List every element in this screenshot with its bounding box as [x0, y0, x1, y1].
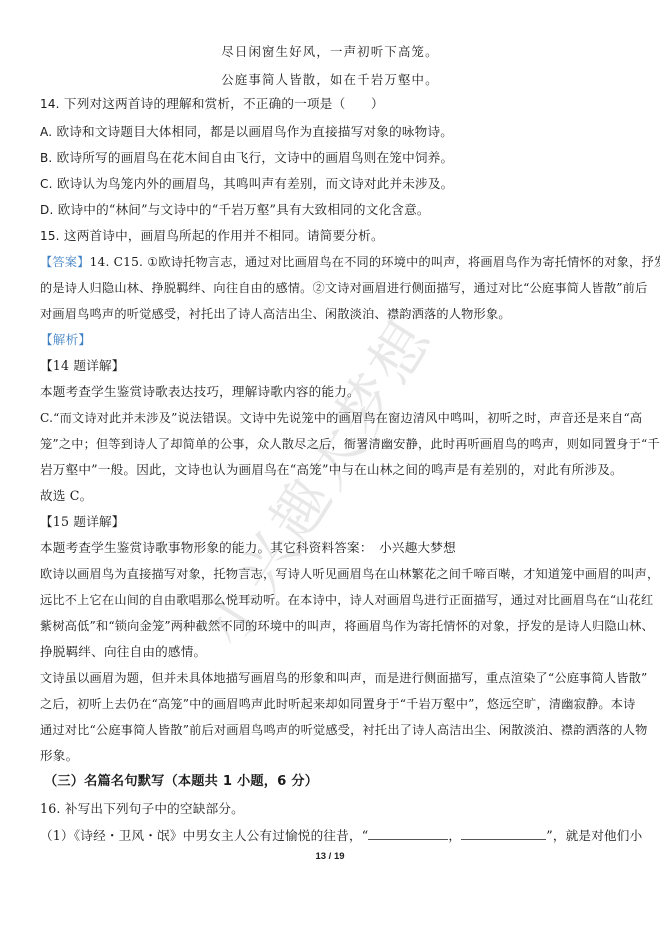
option-key: C.: [40, 177, 53, 191]
item-prefix: （1）《诗经・卫风・氓》中男女主人公有过愉悦的往昔，“: [40, 828, 368, 843]
answer-line-2: 的是诗人归隐山林、挣脱羁绊、向往自由的感情。②文诗对画眉进行侧面描写，通过对比“…: [40, 280, 630, 296]
q15-detail-line: 通过对比“公庭事简人皆散”前后对画眉鸟鸣声的听觉感受，衬托出了诗人高洁出尘、闲散…: [40, 722, 630, 738]
option-text: 欧诗中的“林间”与文诗中的“千岩万壑”具有大致相同的文化含意。: [58, 202, 430, 217]
page-number: 13 / 19: [0, 851, 660, 862]
q14-detail-line: 岩万壑中”一般。因此，文诗也认为画眉鸟在“高笼”中与在山林之间的鸣声是有差别的，…: [40, 462, 630, 478]
question-stem: 下列对这两首诗的理解和赏析，不正确的一项是（ ）: [64, 96, 384, 111]
question-stem: 这两首诗中，画眉鸟所起的作用并不相同。请简要分析。: [64, 228, 384, 243]
poem-line-1: 尽日闲窗生好风，一声初听下高笼。: [0, 44, 660, 60]
question-16: 16. 补写出下列句子中的空缺部分。: [40, 801, 630, 817]
q14-detail-line: C.“而文诗对此并未涉及”说法错误。文诗中先说笼中的画眉鸟在窗边清风中鸣叫，初听…: [40, 410, 630, 426]
q14-detail-line: 笼”之中；但等到诗人了却简单的公事，众人散尽之后，衙署清幽安静，此时再听画眉鸟的…: [40, 436, 630, 452]
option-text: 欧诗所写的画眉鸟在花木间自由飞行，文诗中的画眉鸟则在笼中饲养。: [57, 150, 454, 165]
answer-line-1: 【答案】14. C15. ①欧诗托物言志，通过对比画眉鸟在不同的环境中的叫声，将…: [40, 254, 630, 270]
q14-detail-heading: 【14 题详解】: [40, 358, 630, 374]
q15-detail-line: 紫树高低”和“锁向金笼”两种截然不同的环境中的叫声，将画眉鸟作为寄托情怀的对象，…: [40, 618, 630, 634]
document-page: 小兴趣大梦想 尽日闲窗生好风，一声初听下高笼。 公庭事简人皆散，如在千岩万壑中。…: [0, 0, 660, 933]
item-suffix: ”，就是对他们小: [546, 828, 642, 843]
section-heading: （三）名篇名句默写（本题共 1 小题，6 分）: [44, 774, 634, 790]
blank-1[interactable]: [368, 827, 448, 840]
option-text: 欧诗和文诗题目大体相同，都是以画眉鸟作为直接描写对象的咏物诗。: [56, 124, 453, 139]
q15-detail-line: 之后，初听上去仍在“高笼”中的画眉鸣声此时听起来却如同置身于“千岩万壑中”，悠远…: [40, 696, 630, 712]
q16-item-1: （1）《诗经・卫风・氓》中男女主人公有过愉悦的往昔，“，”，就是对他们小: [40, 827, 630, 844]
option-key: B.: [40, 151, 52, 165]
question-number: 14.: [40, 97, 60, 111]
q14-detail-line: 故选 C。: [40, 488, 630, 504]
q15-detail-line: 文诗虽以画眉为题，但并未具体地描写画眉鸟的形象和叫声，而是进行侧面描写，重点渲染…: [40, 670, 630, 686]
blank-2[interactable]: [461, 827, 546, 840]
q15-detail-line: 远比不上它在山间的自由歌唱那么悦耳动听。在本诗中，诗人对画眉鸟进行正面描写，通过…: [40, 592, 630, 608]
q15-detail-line: 挣脱羁绊、向往自由的感情。: [40, 644, 630, 660]
option-text: 欧诗认为鸟笼内外的画眉鸟，其鸣叫声有差别，而文诗对此并未涉及。: [57, 176, 454, 191]
option-a: A. 欧诗和文诗题目大体相同，都是以画眉鸟作为直接描写对象的咏物诗。: [40, 124, 630, 140]
question-number: 15.: [40, 229, 60, 243]
q15-detail-line: 欧诗以画眉鸟为直接描写对象，托物言志，写诗人听见画眉鸟在山林繁花之间千啼百啭，才…: [40, 566, 630, 582]
q15-detail-line: 形象。: [40, 748, 630, 764]
q14-detail-line: 本题考查学生鉴赏诗歌表达技巧，理解诗歌内容的能力。: [40, 384, 630, 400]
q15-detail-heading: 【15 题详解】: [40, 514, 630, 530]
watermark: 小兴趣大梦想: [180, 361, 410, 660]
q15-detail-line: 本题考查学生鉴赏诗歌事物形象的能力。其它科资料答案： 小兴趣大梦想: [40, 540, 630, 556]
answer-label: 【答案】: [40, 255, 90, 269]
answer-line-3: 对画眉鸟鸣声的听觉感受，衬托出了诗人高洁出尘、闲散淡泊、襟韵洒落的人物形象。: [40, 306, 630, 322]
option-key: A.: [40, 125, 52, 139]
poem-line-2: 公庭事简人皆散，如在千岩万壑中。: [0, 72, 660, 88]
option-d: D. 欧诗中的“林间”与文诗中的“千岩万壑”具有大致相同的文化含意。: [40, 202, 630, 218]
answer-text: 14. C15. ①欧诗托物言志，通过对比画眉鸟在不同的环境中的叫声，将画眉鸟作…: [90, 255, 660, 269]
option-b: B. 欧诗所写的画眉鸟在花木间自由飞行，文诗中的画眉鸟则在笼中饲养。: [40, 150, 630, 166]
question-14: 14. 下列对这两首诗的理解和赏析，不正确的一项是（ ）: [40, 96, 630, 112]
option-c: C. 欧诗认为鸟笼内外的画眉鸟，其鸣叫声有差别，而文诗对此并未涉及。: [40, 176, 630, 192]
question-15: 15. 这两首诗中，画眉鸟所起的作用并不相同。请简要分析。: [40, 228, 630, 244]
option-key: D.: [40, 203, 53, 217]
separator: ，: [448, 828, 461, 843]
analysis-label: 【解析】: [40, 332, 630, 348]
